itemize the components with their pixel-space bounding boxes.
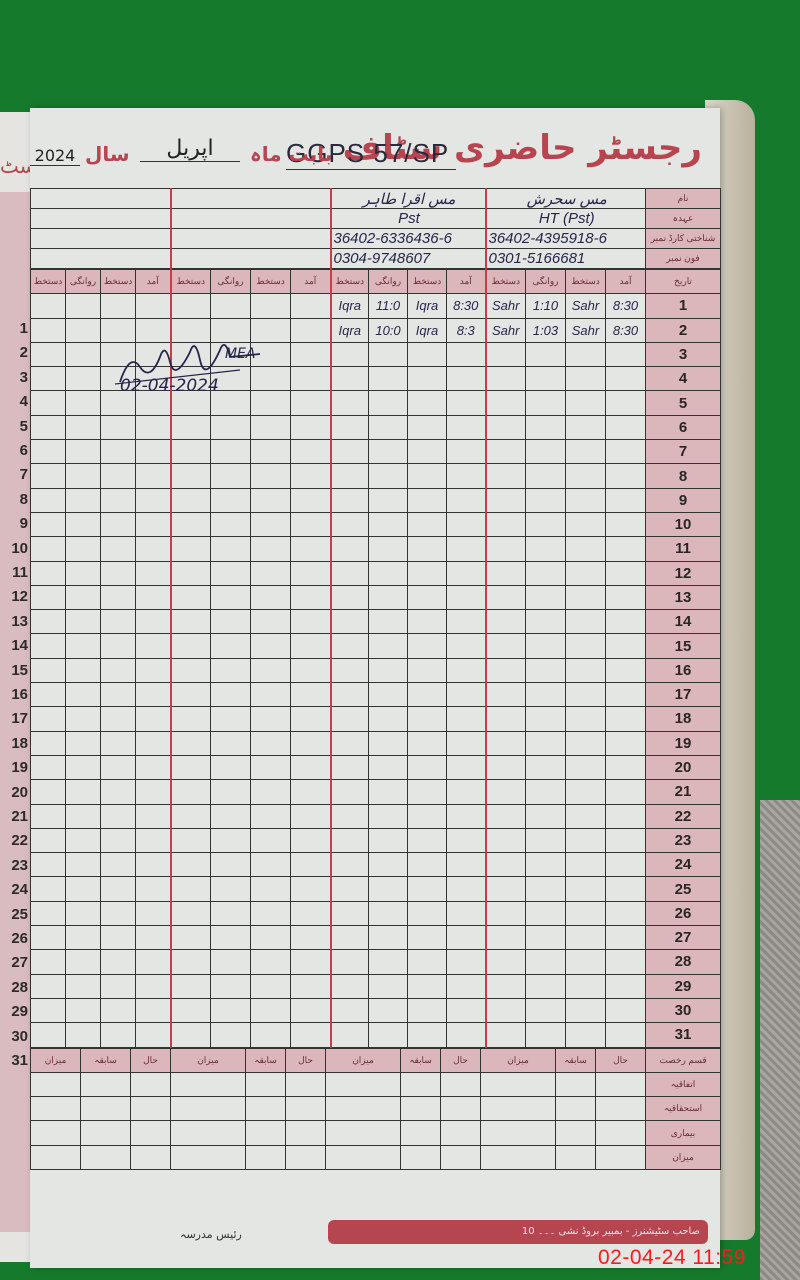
empty-attendance-cell	[369, 780, 408, 804]
empty-attendance-cell	[66, 974, 101, 998]
empty-attendance-cell	[606, 707, 646, 731]
leave-column-header: میزان	[171, 1048, 246, 1072]
empty-attendance-cell	[369, 415, 408, 439]
empty-attendance-cell	[31, 658, 66, 682]
left-page-date-number: 13	[0, 613, 28, 630]
leave-cell	[481, 1097, 556, 1121]
leave-cell	[401, 1145, 441, 1169]
left-page-date-number: 3	[0, 369, 28, 386]
attendance-row: Iqra11:0Iqra8:30Sahr1:10Sahr8:301	[31, 294, 721, 318]
column-header-signature: دستخط	[101, 270, 136, 294]
empty-attendance-cell	[526, 488, 566, 512]
empty-attendance-cell	[66, 731, 101, 755]
empty-attendance-cell	[291, 998, 331, 1022]
staff-1-arrival-cell: 8:30	[606, 294, 646, 318]
empty-attendance-cell	[526, 440, 566, 464]
empty-attendance-cell	[486, 950, 526, 974]
empty-attendance-cell	[486, 974, 526, 998]
leave-row: بیماری	[31, 1121, 721, 1145]
empty-attendance-cell	[31, 707, 66, 731]
column-header-arrival: آمد	[136, 270, 171, 294]
empty-attendance-cell	[291, 367, 331, 391]
empty-attendance-cell	[171, 683, 211, 707]
empty-attendance-cell	[606, 658, 646, 682]
leave-cell	[31, 1097, 81, 1121]
inspection-date: 02-04-2024	[120, 376, 219, 396]
phone-row: 0304-9748607 0301-5166681 فون نمبر	[31, 249, 721, 269]
attendance-row: 23	[31, 828, 721, 852]
empty-attendance-cell	[566, 683, 606, 707]
empty-attendance-cell	[211, 707, 251, 731]
empty-attendance-cell	[526, 877, 566, 901]
left-page-date-number: 5	[0, 418, 28, 435]
empty-attendance-cell	[171, 464, 211, 488]
empty-attendance-cell	[291, 828, 331, 852]
empty-attendance-cell	[31, 634, 66, 658]
empty-attendance-cell	[369, 998, 408, 1022]
empty-attendance-cell	[211, 804, 251, 828]
empty-attendance-cell	[486, 1023, 526, 1047]
column-header-departure: روانگی	[526, 270, 566, 294]
column-header-departure: روانگی	[369, 270, 408, 294]
empty-attendance-cell	[101, 634, 136, 658]
empty-attendance-cell	[447, 780, 486, 804]
empty-attendance-cell	[211, 488, 251, 512]
empty-attendance-cell	[136, 585, 171, 609]
empty-attendance-cell	[211, 998, 251, 1022]
empty-attendance-cell	[136, 950, 171, 974]
empty-attendance-cell	[369, 367, 408, 391]
leave-cell	[481, 1072, 556, 1096]
floor-background	[760, 800, 800, 1280]
empty-attendance-cell	[526, 512, 566, 536]
empty-attendance-cell	[291, 950, 331, 974]
empty-attendance-cell	[331, 974, 369, 998]
attendance-row: 15	[31, 634, 721, 658]
empty-attendance-cell	[136, 294, 171, 318]
year-label: سال	[85, 142, 130, 166]
date-number: 27	[646, 926, 721, 950]
empty-attendance-cell	[136, 537, 171, 561]
date-number: 5	[646, 391, 721, 415]
empty-attendance-cell	[331, 804, 369, 828]
attendance-row: 29	[31, 974, 721, 998]
attendance-row: 19	[31, 731, 721, 755]
empty-attendance-cell	[606, 561, 646, 585]
staff-2-departure-cell: 10:0	[369, 318, 408, 342]
empty-attendance-cell	[251, 658, 291, 682]
empty-attendance-cell	[566, 780, 606, 804]
cnic-row: 36402-6336436-6 36402-4395918-6 شناختی ک…	[31, 229, 721, 249]
empty-attendance-cell	[66, 877, 101, 901]
empty-attendance-cell	[101, 707, 136, 731]
empty-attendance-cell	[331, 901, 369, 925]
empty-attendance-cell	[331, 828, 369, 852]
empty-attendance-cell	[526, 415, 566, 439]
empty-attendance-cell	[291, 901, 331, 925]
empty-attendance-cell	[486, 415, 526, 439]
empty-attendance-cell	[526, 561, 566, 585]
empty-attendance-cell	[211, 683, 251, 707]
date-number: 19	[646, 731, 721, 755]
attendance-row: 24	[31, 853, 721, 877]
empty-attendance-cell	[291, 464, 331, 488]
empty-attendance-cell	[66, 707, 101, 731]
empty-attendance-cell	[291, 755, 331, 779]
empty-attendance-cell	[606, 440, 646, 464]
leave-row: اتفاقیہ	[31, 1072, 721, 1096]
empty-attendance-cell	[331, 415, 369, 439]
empty-attendance-cell	[251, 828, 291, 852]
empty-attendance-cell	[211, 780, 251, 804]
empty-attendance-cell	[171, 853, 211, 877]
staff-1-arrival-cell: 8:30	[606, 318, 646, 342]
left-page-date-number: 11	[0, 564, 28, 581]
leave-column-header: میزان	[326, 1048, 401, 1072]
attendance-row: 31	[31, 1023, 721, 1047]
empty-attendance-cell	[369, 804, 408, 828]
empty-attendance-cell	[526, 755, 566, 779]
empty-attendance-cell	[171, 731, 211, 755]
empty-attendance-cell	[136, 804, 171, 828]
empty-attendance-cell	[291, 683, 331, 707]
empty-attendance-cell	[136, 464, 171, 488]
empty-attendance-cell	[101, 1023, 136, 1047]
empty-attendance-cell	[171, 561, 211, 585]
empty-attendance-cell	[447, 950, 486, 974]
leave-cell	[171, 1072, 246, 1096]
empty-attendance-cell	[291, 731, 331, 755]
empty-attendance-cell	[526, 707, 566, 731]
staff-1-sign_in-cell: Sahr	[566, 294, 606, 318]
leave-cell	[441, 1121, 481, 1145]
column-header-signature: دستخط	[486, 270, 526, 294]
empty-attendance-cell	[486, 780, 526, 804]
empty-attendance-cell	[251, 1023, 291, 1047]
empty-attendance-cell	[526, 926, 566, 950]
empty-attendance-cell	[408, 828, 447, 852]
empty-attendance-cell	[136, 780, 171, 804]
empty-attendance-cell	[526, 804, 566, 828]
staff-1-phone: 0301-5166681	[486, 249, 646, 269]
empty-attendance-cell	[408, 780, 447, 804]
empty-attendance-cell	[331, 585, 369, 609]
empty-attendance-cell	[606, 780, 646, 804]
empty-attendance-cell	[251, 391, 291, 415]
column-header-signature: دستخط	[408, 270, 447, 294]
empty-attendance-cell	[136, 683, 171, 707]
staff-2-sign_in-cell: Iqra	[408, 318, 447, 342]
empty-attendance-cell	[171, 926, 211, 950]
empty-attendance-cell	[486, 877, 526, 901]
empty-attendance-cell	[369, 561, 408, 585]
empty-attendance-cell	[447, 974, 486, 998]
empty-attendance-cell	[331, 488, 369, 512]
empty-attendance-cell	[369, 755, 408, 779]
empty-attendance-cell	[171, 415, 211, 439]
empty-attendance-cell	[526, 464, 566, 488]
empty-attendance-cell	[447, 367, 486, 391]
empty-attendance-cell	[291, 853, 331, 877]
empty-attendance-cell	[566, 367, 606, 391]
empty-attendance-cell	[171, 440, 211, 464]
empty-attendance-cell	[136, 877, 171, 901]
left-page-date-number: 26	[0, 930, 28, 947]
staff-2-designation: Pst	[331, 209, 486, 229]
empty-attendance-cell	[566, 561, 606, 585]
date-number: 2	[646, 318, 721, 342]
attendance-row: 30	[31, 998, 721, 1022]
empty-attendance-cell	[31, 561, 66, 585]
empty-attendance-cell	[526, 683, 566, 707]
empty-attendance-cell	[369, 828, 408, 852]
staff-2-arrival-cell: 8:30	[447, 294, 486, 318]
empty-attendance-cell	[291, 658, 331, 682]
empty-attendance-cell	[486, 683, 526, 707]
date-number: 6	[646, 415, 721, 439]
empty-attendance-cell	[171, 488, 211, 512]
empty-attendance-cell	[66, 901, 101, 925]
empty-attendance-cell	[251, 853, 291, 877]
empty-attendance-cell	[211, 731, 251, 755]
leave-column-header: میزان	[31, 1048, 81, 1072]
empty-attendance-cell	[291, 561, 331, 585]
left-page-date-number: 8	[0, 491, 28, 508]
empty-attendance-cell	[369, 683, 408, 707]
empty-attendance-cell	[447, 877, 486, 901]
leave-cell	[131, 1097, 171, 1121]
empty-attendance-cell	[251, 974, 291, 998]
empty-attendance-cell	[408, 974, 447, 998]
empty-attendance-cell	[408, 464, 447, 488]
empty-attendance-cell	[447, 1023, 486, 1047]
column-header-arrival: آمد	[291, 270, 331, 294]
empty-attendance-cell	[211, 950, 251, 974]
leave-cell	[326, 1072, 401, 1096]
empty-attendance-cell	[447, 658, 486, 682]
left-page-date-number: 16	[0, 686, 28, 703]
attendance-row: 26	[31, 901, 721, 925]
leave-cell	[246, 1121, 286, 1145]
empty-attendance-cell	[211, 1023, 251, 1047]
leave-column-header: حال	[286, 1048, 326, 1072]
empty-attendance-cell	[526, 853, 566, 877]
empty-attendance-cell	[408, 634, 447, 658]
empty-attendance-cell	[31, 464, 66, 488]
leave-cell	[326, 1145, 401, 1169]
empty-attendance-cell	[486, 585, 526, 609]
leave-cell	[556, 1145, 596, 1169]
leave-cell	[171, 1097, 246, 1121]
date-number: 18	[646, 707, 721, 731]
empty-attendance-cell	[171, 901, 211, 925]
empty-attendance-cell	[136, 828, 171, 852]
cnic-label: شناختی کارڈ نمبر	[646, 229, 721, 249]
date-number: 9	[646, 488, 721, 512]
leave-type-label: میزان	[646, 1145, 721, 1169]
empty-attendance-cell	[66, 440, 101, 464]
leave-cell	[401, 1072, 441, 1096]
leave-cell	[246, 1145, 286, 1169]
empty-attendance-cell	[251, 877, 291, 901]
empty-attendance-cell	[606, 974, 646, 998]
empty-attendance-cell	[486, 391, 526, 415]
leave-cell	[556, 1097, 596, 1121]
leave-type-label: اتفاقیہ	[646, 1072, 721, 1096]
attendance-row: 11	[31, 537, 721, 561]
date-number: 15	[646, 634, 721, 658]
empty-attendance-cell	[171, 585, 211, 609]
leave-column-header: میزان	[481, 1048, 556, 1072]
empty-attendance-cell	[526, 634, 566, 658]
empty-attendance-cell	[31, 415, 66, 439]
register-page: رجسٹر حاضری سٹاف GGPS 57/SP بابت ماہ اپر…	[30, 108, 720, 1268]
empty-attendance-cell	[486, 537, 526, 561]
empty-attendance-cell	[66, 537, 101, 561]
empty-attendance-cell	[566, 1023, 606, 1047]
designation-label: عہدہ	[646, 209, 721, 229]
empty-attendance-cell	[291, 294, 331, 318]
empty-attendance-cell	[369, 974, 408, 998]
empty-attendance-cell	[369, 950, 408, 974]
empty-attendance-cell	[606, 950, 646, 974]
leave-cell	[401, 1097, 441, 1121]
empty-attendance-cell	[101, 658, 136, 682]
empty-attendance-cell	[408, 415, 447, 439]
date-number: 13	[646, 585, 721, 609]
leave-cell	[81, 1072, 131, 1096]
empty-attendance-cell	[101, 926, 136, 950]
attendance-row: 25	[31, 877, 721, 901]
empty-attendance-cell	[369, 731, 408, 755]
leave-type-header: قسم رخصت	[646, 1048, 721, 1072]
empty-attendance-cell	[526, 342, 566, 366]
staff-1-name: مس سحرش	[486, 189, 646, 209]
leave-cell	[81, 1097, 131, 1121]
staff-1-sign_out-cell: Sahr	[486, 318, 526, 342]
attendance-row: 21	[31, 780, 721, 804]
empty-attendance-cell	[66, 755, 101, 779]
empty-attendance-cell	[486, 926, 526, 950]
empty-attendance-cell	[486, 901, 526, 925]
empty-attendance-cell	[136, 853, 171, 877]
leave-cell	[246, 1072, 286, 1096]
empty-attendance-cell	[447, 391, 486, 415]
leave-column-header: سابقہ	[556, 1048, 596, 1072]
empty-attendance-cell	[566, 926, 606, 950]
staff-2-sign_out-cell: Iqra	[331, 318, 369, 342]
empty-attendance-cell	[566, 342, 606, 366]
empty-attendance-cell	[606, 731, 646, 755]
empty-attendance-cell	[369, 658, 408, 682]
empty-attendance-cell	[171, 707, 211, 731]
empty-attendance-cell	[251, 804, 291, 828]
empty-attendance-cell	[447, 926, 486, 950]
left-page-date-number: 22	[0, 832, 28, 849]
date-number: 16	[646, 658, 721, 682]
empty-attendance-cell	[136, 488, 171, 512]
empty-attendance-cell	[211, 828, 251, 852]
empty-attendance-cell	[31, 877, 66, 901]
empty-attendance-cell	[486, 998, 526, 1022]
empty-attendance-cell	[66, 464, 101, 488]
staff-2-departure-cell: 11:0	[369, 294, 408, 318]
leave-column-header: حال	[131, 1048, 171, 1072]
date-number: 22	[646, 804, 721, 828]
leave-header-row: میزانسابقہحالمیزانسابقہحالمیزانسابقہحالم…	[31, 1048, 721, 1072]
left-page-date-number: 6	[0, 442, 28, 459]
leave-cell	[171, 1145, 246, 1169]
empty-attendance-cell	[486, 561, 526, 585]
date-number: 28	[646, 950, 721, 974]
empty-attendance-cell	[66, 415, 101, 439]
leave-cell	[596, 1121, 646, 1145]
empty-attendance-cell	[66, 561, 101, 585]
empty-attendance-cell	[31, 780, 66, 804]
empty-attendance-cell	[331, 683, 369, 707]
empty-attendance-cell	[31, 950, 66, 974]
empty-attendance-cell	[101, 974, 136, 998]
attendance-row: 8	[31, 464, 721, 488]
empty-attendance-cell	[566, 974, 606, 998]
empty-attendance-cell	[291, 926, 331, 950]
empty-attendance-cell	[291, 877, 331, 901]
empty-attendance-cell	[66, 391, 101, 415]
leave-cell	[596, 1097, 646, 1121]
empty-attendance-cell	[211, 561, 251, 585]
column-header-arrival: آمد	[606, 270, 646, 294]
empty-attendance-cell	[101, 877, 136, 901]
empty-attendance-cell	[171, 634, 211, 658]
left-page-date-number: 31	[0, 1052, 28, 1069]
empty-attendance-cell	[566, 464, 606, 488]
empty-attendance-cell	[66, 950, 101, 974]
leave-column-header: حال	[596, 1048, 646, 1072]
empty-attendance-cell	[291, 1023, 331, 1047]
date-number: 17	[646, 683, 721, 707]
empty-attendance-cell	[291, 804, 331, 828]
empty-attendance-cell	[526, 658, 566, 682]
empty-attendance-cell	[447, 512, 486, 536]
empty-attendance-cell	[251, 707, 291, 731]
empty-attendance-cell	[31, 755, 66, 779]
empty-attendance-cell	[447, 804, 486, 828]
empty-attendance-cell	[171, 974, 211, 998]
empty-attendance-cell	[251, 294, 291, 318]
empty-attendance-cell	[171, 998, 211, 1022]
empty-attendance-cell	[66, 804, 101, 828]
publisher-band: صاحب سٹیشنرز - بمبیر بروڈ نشی ۔۔۔ 10	[328, 1220, 708, 1244]
date-number: 23	[646, 828, 721, 852]
empty-attendance-cell	[291, 610, 331, 634]
empty-attendance-cell	[486, 464, 526, 488]
staff-2-arrival-cell: 8:3	[447, 318, 486, 342]
column-header-departure: روانگی	[66, 270, 101, 294]
empty-attendance-cell	[447, 998, 486, 1022]
staff-1-departure-cell: 1:10	[526, 294, 566, 318]
empty-attendance-cell	[408, 683, 447, 707]
empty-attendance-cell	[606, 755, 646, 779]
leave-cell	[481, 1121, 556, 1145]
empty-attendance-cell	[408, 585, 447, 609]
empty-attendance-cell	[101, 294, 136, 318]
column-header-signature: دستخط	[331, 270, 369, 294]
empty-attendance-cell	[171, 512, 211, 536]
empty-attendance-cell	[447, 440, 486, 464]
empty-attendance-cell	[606, 464, 646, 488]
empty-attendance-cell	[486, 804, 526, 828]
date-number: 7	[646, 440, 721, 464]
